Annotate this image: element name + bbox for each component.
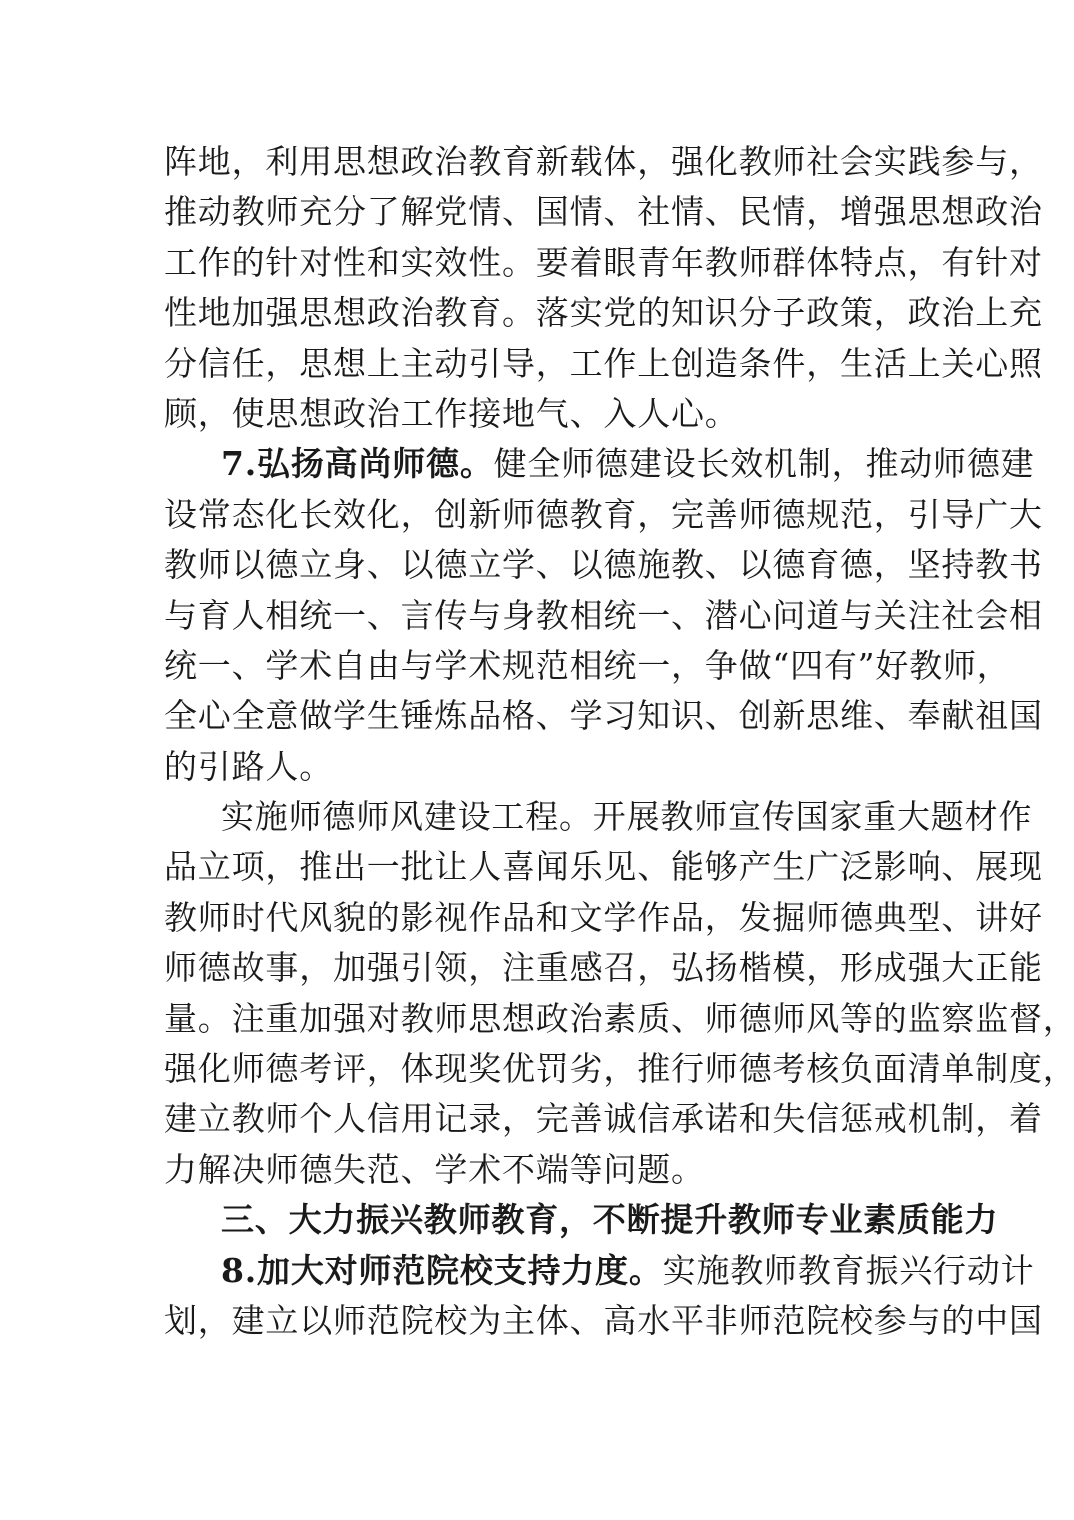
text-line: 7.弘扬高尚师德。健全师德建设长效机制，推动师德建: [164, 439, 914, 489]
text-line: 性地加强思想政治教育。落实党的知识分子政策，政治上充: [164, 288, 914, 338]
item-7-text: 健全师德建设长效机制，推动师德建: [494, 444, 1035, 483]
item-7-heading: 7.弘扬高尚师德。: [221, 444, 494, 483]
text-line: 8.加大对师范院校支持力度。实施教师教育振兴行动计: [164, 1246, 914, 1296]
text-line: 分信任，思想上主动引导，工作上创造条件，生活上关心照: [164, 339, 914, 389]
text-line: 建立教师个人信用记录，完善诚信承诺和失信惩戒机制，着: [164, 1094, 914, 1144]
document-page: 阵地，利用思想政治教育新载体，强化教师社会实践参与， 推动教师充分了解党情、国情…: [164, 137, 914, 1346]
text-line: 量。注重加强对教师思想政治素质、师德师风等的监察监督，: [164, 994, 914, 1044]
text-line: 品立项，推出一批让人喜闻乐见、能够产生广泛影响、展现: [164, 842, 914, 892]
text-line: 力解决师德失范、学术不端等问题。: [164, 1145, 914, 1195]
text-line: 设常态化长效化，创新师德教育，完善师德规范，引导广大: [164, 490, 914, 540]
paragraph-political-education: 阵地，利用思想政治教育新载体，强化教师社会实践参与， 推动教师充分了解党情、国情…: [164, 137, 914, 439]
text-line: 全心全意做学生锤炼品格、学习知识、创新思维、奉献祖国: [164, 691, 914, 741]
text-line: 强化师德考评，体现奖优罚劣，推行师德考核负面清单制度，: [164, 1044, 914, 1094]
section-3-heading: 三、大力振兴教师教育，不断提升教师专业素质能力: [164, 1195, 914, 1245]
paragraph-item-8: 8.加大对师范院校支持力度。实施教师教育振兴行动计 划，建立以师范院校为主体、高…: [164, 1246, 914, 1347]
section-heading: 三、大力振兴教师教育，不断提升教师专业素质能力: [164, 1195, 914, 1245]
text-line: 教师以德立身、以德立学、以德施教、以德育德，坚持教书: [164, 540, 914, 590]
paragraph-ethics-project: 实施师德师风建设工程。开展教师宣传国家重大题材作 品立项，推出一批让人喜闻乐见、…: [164, 792, 914, 1195]
item-8-text: 实施教师教育振兴行动计: [663, 1251, 1035, 1290]
text-line: 顾，使思想政治工作接地气、入人心。: [164, 389, 914, 439]
text-line: 实施师德师风建设工程。开展教师宣传国家重大题材作: [164, 792, 914, 842]
text-line: 的引路人。: [164, 742, 914, 792]
text-line: 工作的针对性和实效性。要着眼青年教师群体特点，有针对: [164, 238, 914, 288]
text-line: 划，建立以师范院校为主体、高水平非师范院校参与的中国: [164, 1296, 914, 1346]
paragraph-item-7: 7.弘扬高尚师德。健全师德建设长效机制，推动师德建 设常态化长效化，创新师德教育…: [164, 439, 914, 792]
text-line: 与育人相统一、言传与身教相统一、潜心问道与关注社会相: [164, 591, 914, 641]
text-line: 推动教师充分了解党情、国情、社情、民情，增强思想政治: [164, 187, 914, 237]
item-8-heading: 8.加大对师范院校支持力度。: [221, 1251, 663, 1290]
text-line: 阵地，利用思想政治教育新载体，强化教师社会实践参与，: [164, 137, 914, 187]
text-line: 统一、学术自由与学术规范相统一，争做“四有”好教师，: [164, 641, 914, 691]
text-line: 教师时代风貌的影视作品和文学作品，发掘师德典型、讲好: [164, 893, 914, 943]
text-line: 师德故事，加强引领，注重感召，弘扬楷模，形成强大正能: [164, 943, 914, 993]
